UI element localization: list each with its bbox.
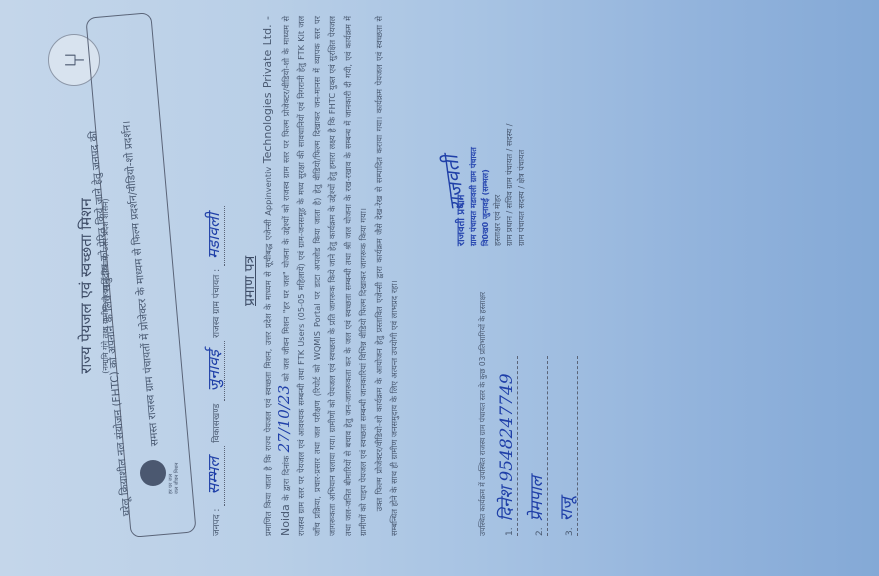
participant-line-2: 2.प्रेमपाल <box>524 356 548 536</box>
participant-number: 2. <box>535 527 545 536</box>
vikaskhand-label: विकासखण्ड <box>212 404 222 443</box>
role-line-2: ग्राम पंचायत सदस्य / क्षेत्र पंचायत <box>516 6 528 246</box>
participant-number: 3. <box>565 527 575 536</box>
stamp-name: राजवती प्रधान <box>456 6 468 246</box>
event-date: 27/10/23 <box>275 385 293 452</box>
gram-panchayat-field: मडावली <box>202 206 225 266</box>
stamp-panchayat: ग्राम पंचायत मडावली ग्राम पंचायत <box>468 6 480 246</box>
location-row: जनपद : सम्भल विकासखण्ड जुनावई राजस्व ग्र… <box>202 16 225 536</box>
certificate-title: प्रमाण पत्र <box>240 256 259 306</box>
body-paragraph-1: को जल जीवन मिशन "हर घर जल" योजना के उद्द… <box>281 16 369 536</box>
rotated-document-page: हर घर जल जल जीवन मिशन राज्य पेयजल एवं स्… <box>0 0 879 576</box>
participant-name: प्रेमपाल <box>527 476 547 521</box>
stamp-block: वि0ख0 जुनावई (सम्भल) <box>480 6 492 246</box>
certificate-body: प्रमाणित किया जाता है कि राज्य पेयजल एवं… <box>260 16 403 536</box>
participant-name: दिनेश 9548247749 <box>497 373 517 521</box>
participant-name: राजू <box>557 497 577 521</box>
janpad-field: सम्भल <box>202 446 225 506</box>
janpad-label: जनपद : <box>212 509 222 536</box>
participants-note: उपस्थित कार्यक्रम में उपस्थित राजस्व ग्र… <box>478 236 488 536</box>
role-line-1: ग्राम प्रधान / सचिव ग्राम पंचायत / सदस्य… <box>504 6 516 246</box>
body-intro: प्रमाणित किया जाता है कि राज्य पेयजल एवं… <box>263 167 273 536</box>
sign-seal-label: हस्ताक्षर एवं मोहर <box>492 6 504 246</box>
body-date-label: के द्वारा दिनांक <box>281 456 291 501</box>
participant-line-3: 3.राजू <box>554 356 578 536</box>
participant-number: 1. <box>505 527 515 536</box>
vikaskhand-field: जुनावई <box>202 341 225 401</box>
gram-panchayat-label: राजस्व ग्राम पंचायत : <box>212 269 222 338</box>
signature-block: राजवती प्रधान ग्राम पंचायत मडावली ग्राम … <box>430 6 528 246</box>
participant-line-1: 1.दिनेश 9548247749 <box>494 356 518 536</box>
body-paragraph-2: उक्त फिल्म प्रोजेक्टर/वीडियो-शो कार्यक्र… <box>374 16 400 536</box>
